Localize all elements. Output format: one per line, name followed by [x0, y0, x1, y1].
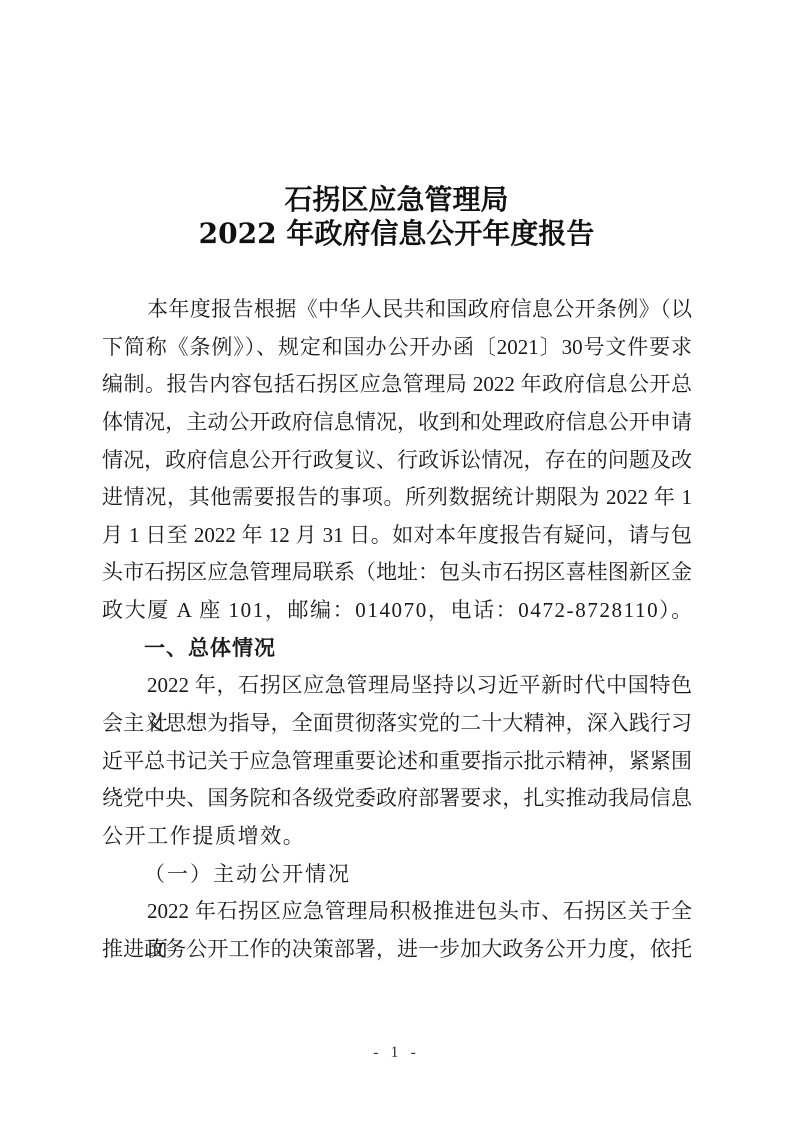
text-line: 2022 年，石拐区应急管理局坚持以习近平新时代中国特色社: [102, 667, 692, 705]
text-line: 绕党中央、国务院和各级党委政府部署要求，扎实推动我局信息: [102, 780, 692, 818]
text-line: 头市石拐区应急管理局联系（地址：包头市石拐区喜桂图新区金: [102, 554, 692, 592]
document-title: 石拐区应急管理局 2022 年政府信息公开年度报告: [0, 183, 793, 251]
text-line: 公开工作提质增效。: [102, 818, 692, 856]
text-line: 政大厦 A 座 101，邮编：014070，电话：0472-8728110）。: [102, 592, 692, 630]
subsection-heading-proactive-disclosure: （一）主动公开情况: [102, 856, 692, 894]
text-line: 会主义思想为指导，全面贯彻落实党的二十大精神，深入践行习: [102, 705, 692, 743]
paragraph-intro: 本年度报告根据《中华人民共和国政府信息公开条例》（以 下简称《条例》）、规定和国…: [102, 291, 692, 630]
title-line-report: 2022 年政府信息公开年度报告: [0, 217, 793, 251]
section-heading-overview: 一、总体情况: [102, 630, 692, 668]
text-line: 近平总书记关于应急管理重要论述和重要指示批示精神，紧紧围: [102, 743, 692, 781]
document-page: 石拐区应急管理局 2022 年政府信息公开年度报告 本年度报告根据《中华人民共和…: [0, 0, 793, 1122]
title-line-agency: 石拐区应急管理局: [0, 183, 793, 217]
paragraph-overview: 2022 年，石拐区应急管理局坚持以习近平新时代中国特色社 会主义思想为指导，全…: [102, 667, 692, 855]
text-line: 情况，政府信息公开行政复议、行政诉讼情况，存在的问题及改: [102, 442, 692, 480]
text-line: 2022 年石拐区应急管理局积极推进包头市、石拐区关于全面: [102, 893, 692, 931]
text-line: 本年度报告根据《中华人民共和国政府信息公开条例》（以: [102, 291, 692, 329]
page-number: - 1 -: [0, 1044, 793, 1062]
text-line: 推进政务公开工作的决策部署，进一步加大政务公开力度，依托: [102, 931, 692, 969]
text-line: 下简称《条例》）、规定和国办公开办函〔2021〕30号文件要求: [102, 329, 692, 367]
text-line: 体情况，主动公开政府信息情况，收到和处理政府信息公开申请: [102, 404, 692, 442]
text-line: 编制。报告内容包括石拐区应急管理局 2022 年政府信息公开总: [102, 366, 692, 404]
paragraph-proactive-disclosure: 2022 年石拐区应急管理局积极推进包头市、石拐区关于全面 推进政务公开工作的决…: [102, 893, 692, 968]
document-body: 本年度报告根据《中华人民共和国政府信息公开条例》（以 下简称《条例》）、规定和国…: [102, 291, 692, 969]
text-line: 进情况，其他需要报告的事项。所列数据统计期限为 2022 年 1: [102, 479, 692, 517]
text-line: 月 1 日至 2022 年 12 月 31 日。如对本年度报告有疑问，请与包: [102, 517, 692, 555]
